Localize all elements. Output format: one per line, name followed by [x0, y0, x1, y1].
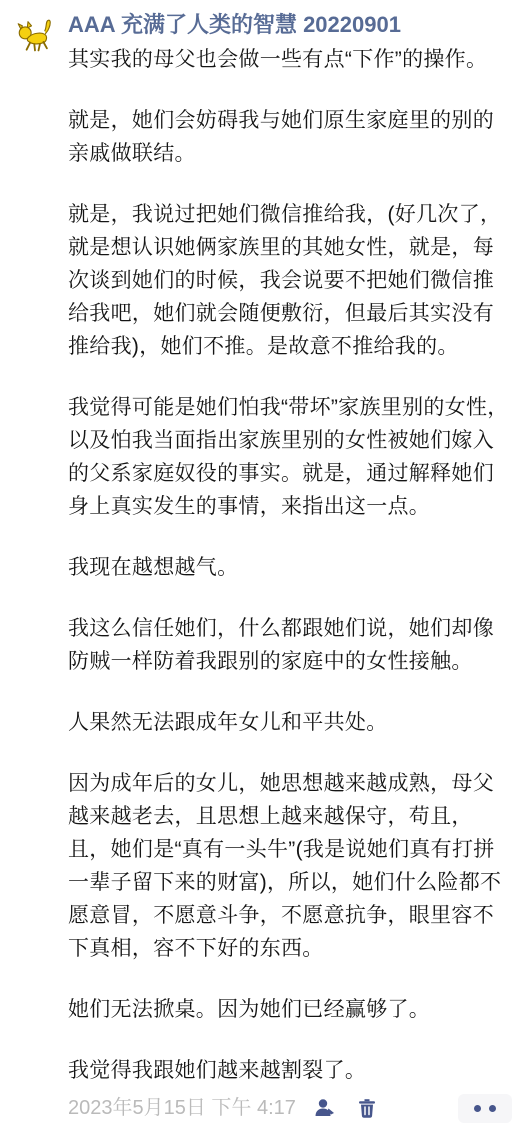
person-visibility-icon[interactable] — [312, 1095, 338, 1121]
post-paragraph: 因为成年后的女儿，她思想越来越成熟，母父越来越老去，且思想上越来越保守，苟且，且… — [68, 767, 512, 965]
post-paragraph: 我这么信任她们，什么都跟她们说，她们却像防贼一样防着我跟别的家庭中的女性接触。 — [68, 612, 512, 678]
post-content-column: AAA 充满了人类的智慧 20220901 其实我的母父也会做一些有点“下作”的… — [68, 10, 512, 1127]
two-dots-icon — [474, 1105, 496, 1112]
post-paragraph: 我觉得我跟她们越来越割裂了。 — [68, 1054, 512, 1087]
trash-icon[interactable] — [354, 1095, 380, 1121]
footer-left-group: 2023年5月15日 下午 4:17 — [68, 1093, 380, 1123]
post-body-text: 其实我的母父也会做一些有点“下作”的操作。 就是，她们会妨碍我与她们原生家庭里的… — [68, 43, 512, 1087]
username[interactable]: AAA 充满了人类的智慧 20220901 — [68, 10, 512, 40]
yellow-cat-avatar-icon — [14, 14, 56, 56]
post-paragraph: 我现在越想越气。 — [68, 551, 512, 584]
avatar[interactable] — [14, 14, 56, 56]
post-footer: 2023年5月15日 下午 4:17 — [68, 1093, 512, 1127]
post-paragraph: 人果然无法跟成年女儿和平共处。 — [68, 706, 512, 739]
post-timestamp: 2023年5月15日 下午 4:17 — [68, 1093, 296, 1123]
post-paragraph: 其实我的母父也会做一些有点“下作”的操作。 — [68, 43, 512, 76]
moments-post-page: AAA 充满了人类的智慧 20220901 其实我的母父也会做一些有点“下作”的… — [0, 0, 522, 1135]
post-paragraph: 我觉得可能是她们怕我“带坏”家族里别的女性，以及怕我当面指出家族里别的女性被她们… — [68, 391, 512, 523]
post-paragraph: 她们无法掀桌。因为她们已经赢够了。 — [68, 993, 512, 1026]
comment-like-menu-button[interactable] — [458, 1094, 512, 1123]
post-container: AAA 充满了人类的智慧 20220901 其实我的母父也会做一些有点“下作”的… — [0, 0, 522, 1135]
post-paragraph: 就是，我说过把她们微信推给我，(好几次了，就是想认识她俩家族里的其她女性，就是，… — [68, 198, 512, 363]
post-paragraph: 就是，她们会妨碍我与她们原生家庭里的别的亲戚做联结。 — [68, 104, 512, 170]
